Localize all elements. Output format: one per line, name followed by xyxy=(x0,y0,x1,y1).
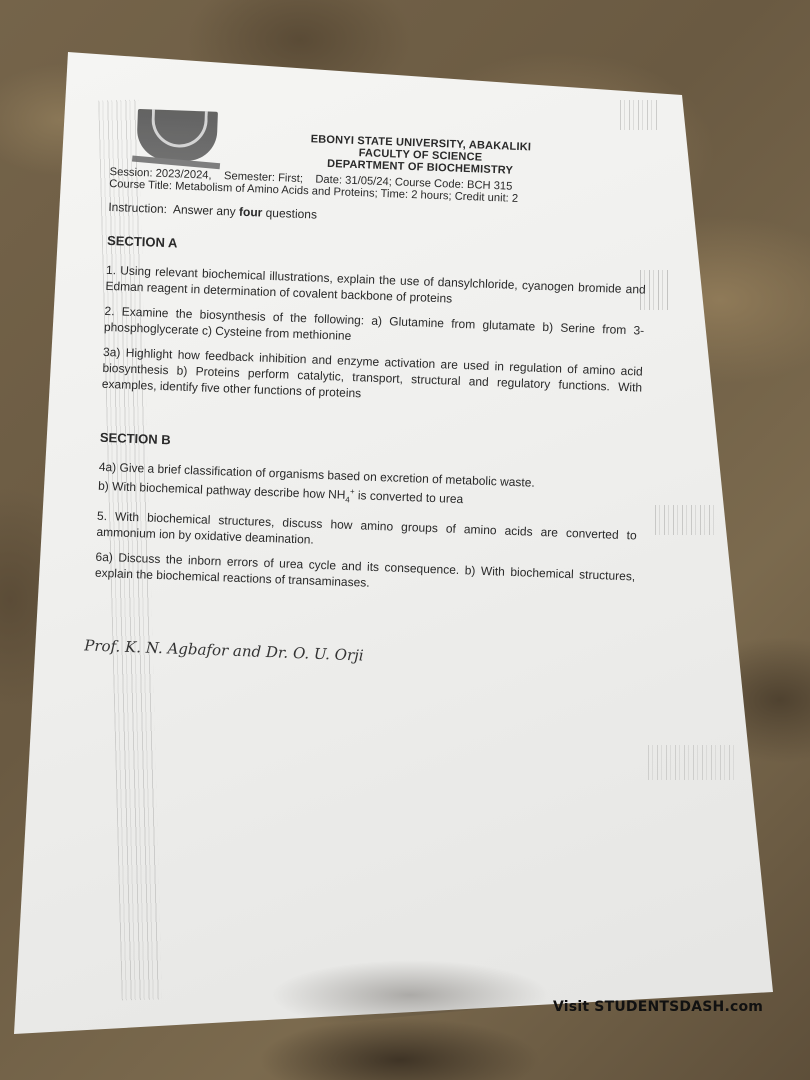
section-b-title: SECTION B xyxy=(100,430,640,465)
instruction-prefix: Instruction: Answer any xyxy=(108,200,239,219)
instruction-suffix: questions xyxy=(262,206,317,222)
watermark: Visit STUDENTSDASH.com xyxy=(553,999,763,1015)
question-4: 4a) Give a brief classification of organ… xyxy=(98,459,639,519)
q4b-text: b) With biochemical pathway describe how… xyxy=(98,479,346,502)
q4b-text-end: is converted to urea xyxy=(354,488,463,506)
exam-sheet: EBONYI STATE UNIVERSITY, ABAKALIKI FACUL… xyxy=(92,108,652,675)
instruction-emphasis: four xyxy=(239,205,263,220)
q4b-subscript: 4 xyxy=(345,495,350,504)
question-3: 3a) Highlight how feedback inhibition an… xyxy=(102,344,643,412)
university-crest-icon xyxy=(136,109,218,162)
section-a-title: SECTION A xyxy=(107,233,647,268)
